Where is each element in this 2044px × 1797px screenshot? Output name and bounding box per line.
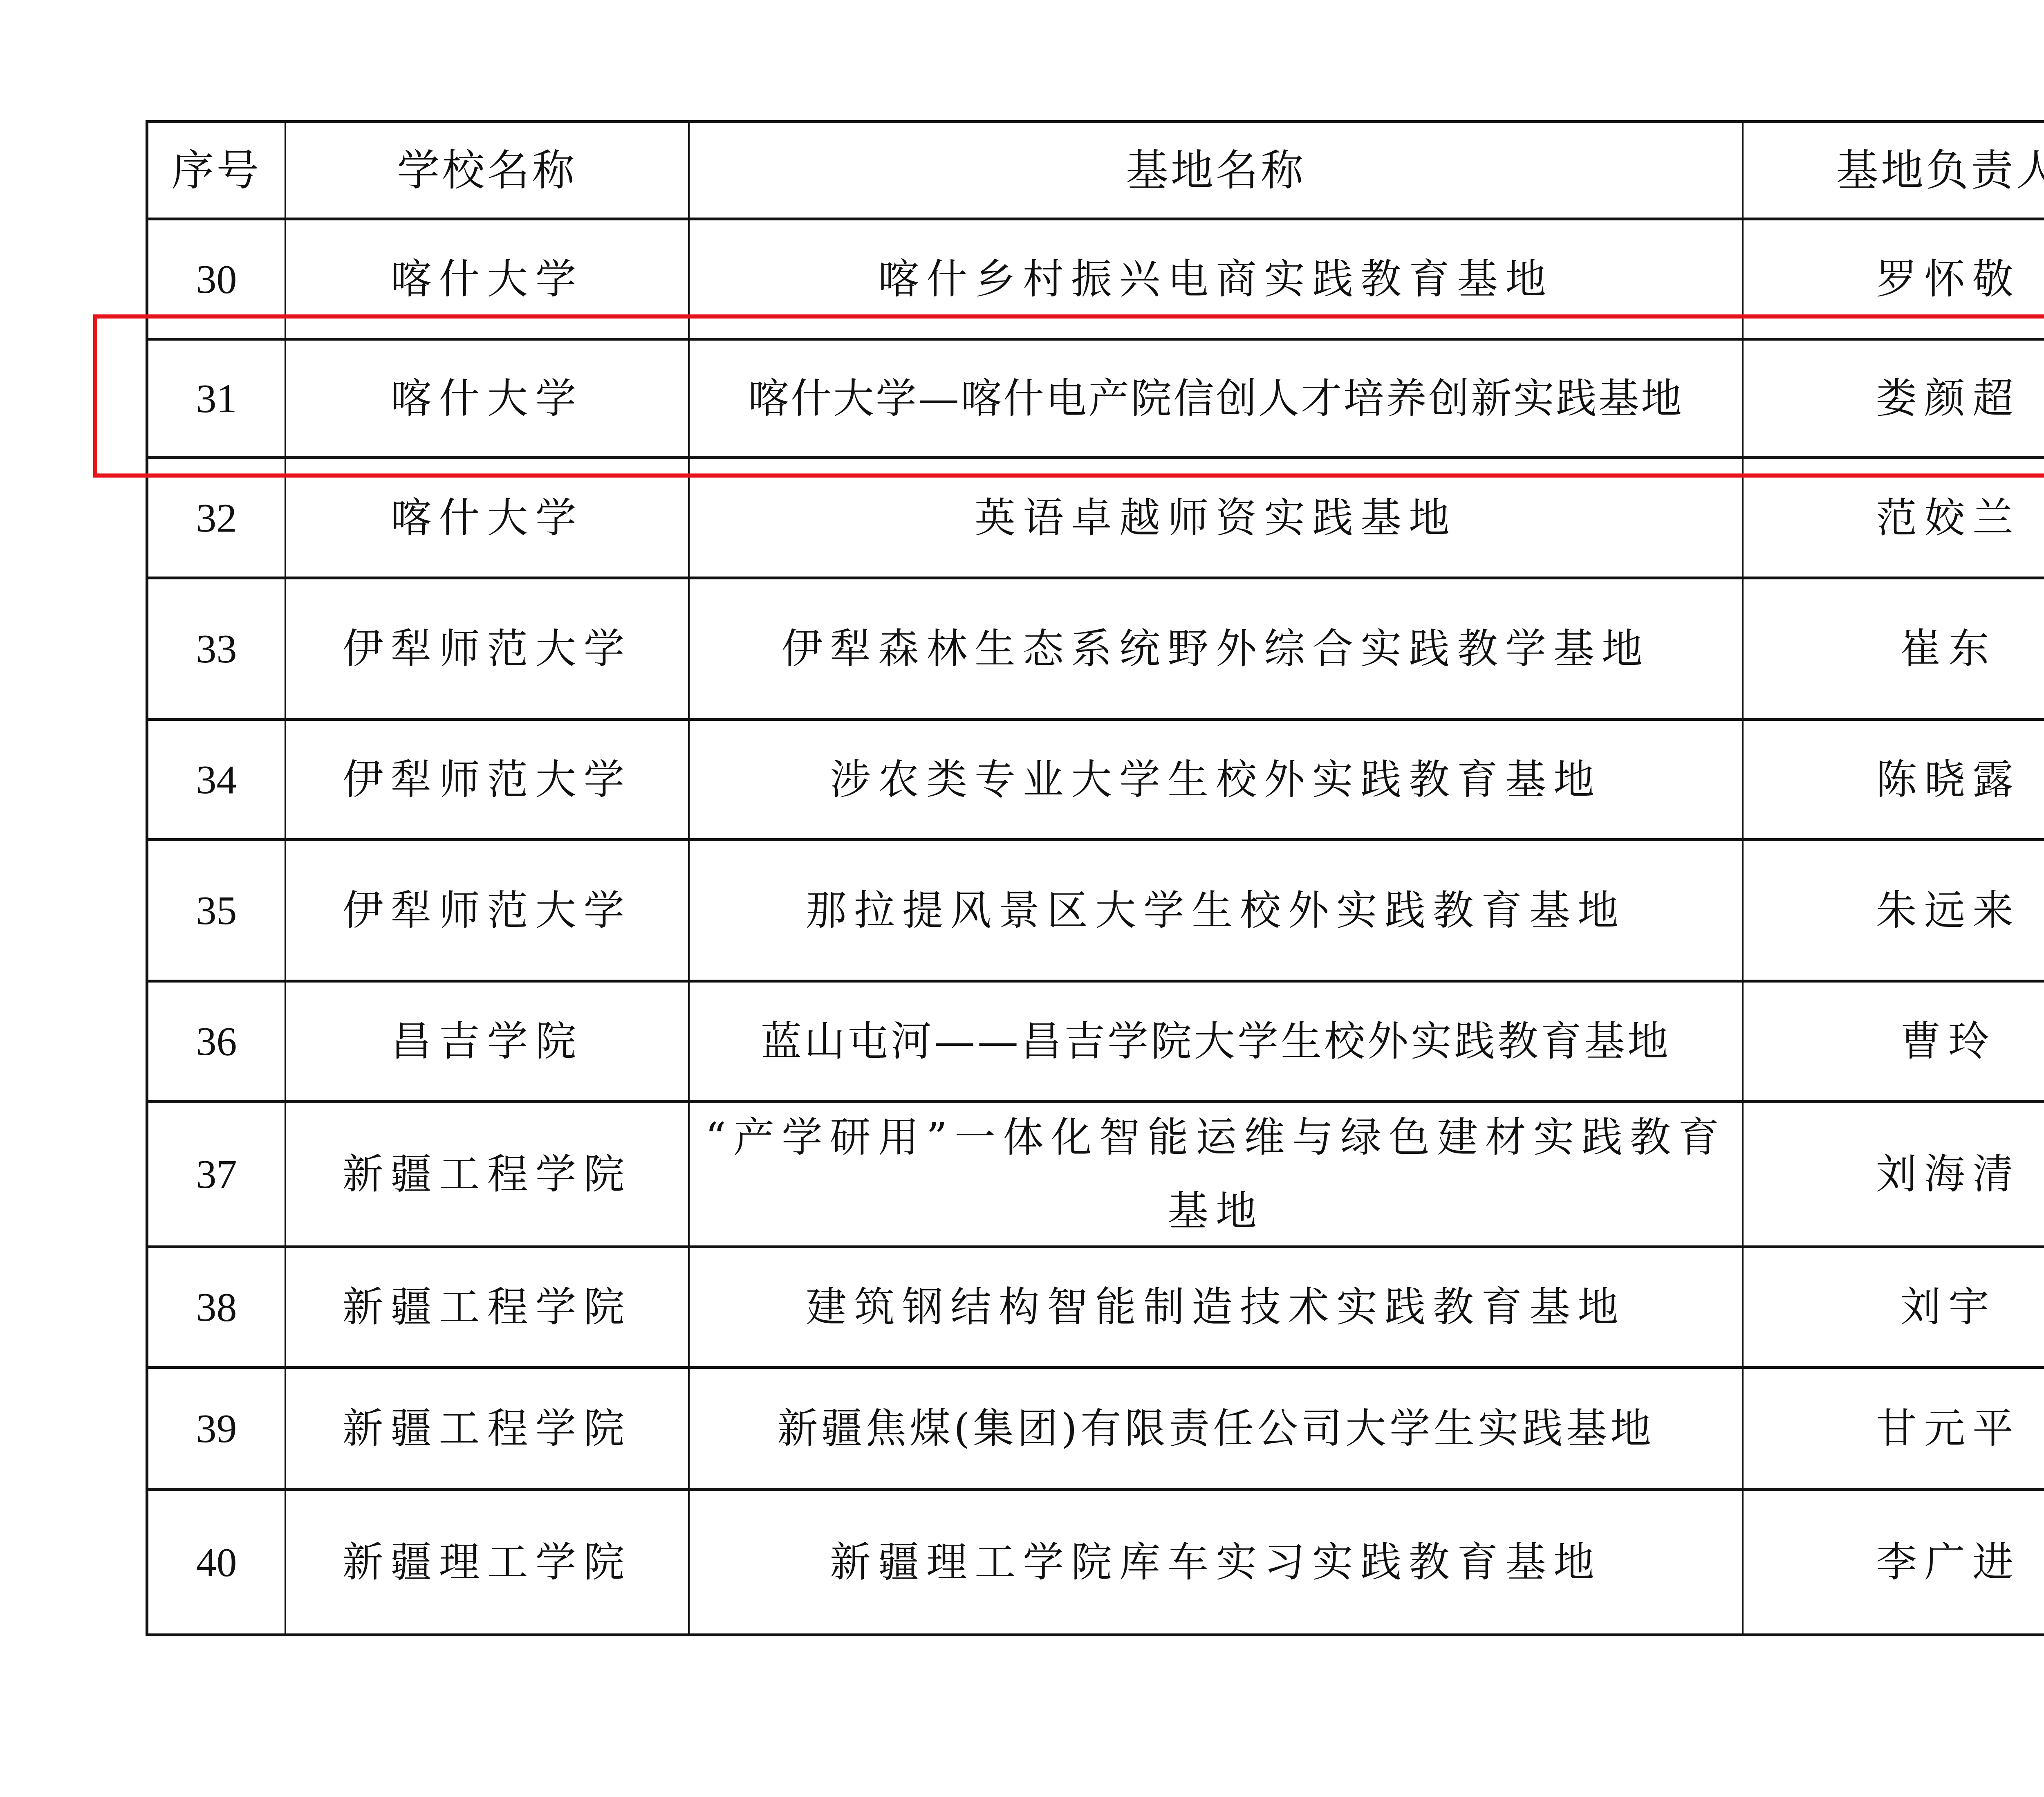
table-row: 37 新疆工程学院 “产学研用”一体化智能运维与绿色建材实践教育基地 刘海清 乌… [148, 1103, 2044, 1248]
table-row: 35 伊犁师范大学 那拉提风景区大学生校外实践教育基地 朱远来 伊犁哈萨克自治州… [148, 841, 2044, 983]
base-name: 伊犁森林生态系统野外综合实践教学基地 [690, 579, 1744, 718]
row-index: 39 [148, 1369, 286, 1488]
base-leader: 朱远来 [1744, 841, 2044, 980]
base-name: 喀什大学—喀什电产院信创人才培养创新实践基地 [690, 341, 1744, 456]
base-leader: 范姣兰 [1744, 459, 2044, 577]
table-row: 30 喀什大学 喀什乡村振兴电商实践教育基地 罗怀敬 新疆好心情供应链有限公司 [148, 220, 2044, 341]
table-row: 40 新疆理工学院 新疆理工学院库车实习实践教育基地 李广进 阿克苏工业职业技术… [148, 1491, 2044, 1633]
row-index: 37 [148, 1103, 286, 1245]
school-name: 伊犁师范大学 [286, 721, 690, 838]
school-name: 喀什大学 [286, 220, 690, 338]
base-name: “产学研用”一体化智能运维与绿色建材实践教育基地 [690, 1103, 1744, 1245]
table-row: 39 新疆工程学院 新疆焦煤(集团)有限责任公司大学生实践基地 甘元平 新疆焦煤… [148, 1369, 2044, 1491]
school-name: 喀什大学 [286, 459, 690, 577]
base-leader: 李广进 [1744, 1491, 2044, 1633]
practice-base-table: 序号 学校名称 基地名称 基地负责人 合作单位 30 喀什大学 喀什乡村振兴电商… [146, 120, 2044, 1636]
school-name: 伊犁师范大学 [286, 579, 690, 718]
base-name: 英语卓越师资实践基地 [690, 459, 1744, 577]
base-leader: 崔东 [1744, 579, 2044, 718]
row-index: 40 [148, 1491, 286, 1633]
base-name: 蓝山屯河——昌吉学院大学生校外实践教育基地 [690, 983, 1744, 1100]
base-name: 新疆理工学院库车实习实践教育基地 [690, 1491, 1744, 1633]
table-row: 32 喀什大学 英语卓越师资实践基地 范姣兰 喀什市第二十八中学 [148, 459, 2044, 579]
base-name: 喀什乡村振兴电商实践教育基地 [690, 220, 1744, 338]
school-name: 新疆工程学院 [286, 1103, 690, 1245]
row-index: 36 [148, 983, 286, 1100]
header-base-name: 基地名称 [690, 123, 1744, 218]
row-index: 34 [148, 721, 286, 838]
base-leader: 娄颜超 [1744, 341, 2044, 456]
school-name: 喀什大学 [286, 341, 690, 456]
base-name: 新疆焦煤(集团)有限责任公司大学生实践基地 [690, 1369, 1744, 1488]
header-index: 序号 [148, 123, 286, 218]
table-row: 34 伊犁师范大学 涉农类专业大学生校外实践教育基地 陈晓露 伊犁哈萨克自治州农… [148, 721, 2044, 841]
row-index: 35 [148, 841, 286, 980]
base-leader: 曹玲 [1744, 983, 2044, 1100]
school-name: 昌吉学院 [286, 983, 690, 1100]
row-index: 38 [148, 1248, 286, 1366]
base-leader: 甘元平 [1744, 1369, 2044, 1488]
row-index: 32 [148, 459, 286, 577]
school-name: 新疆工程学院 [286, 1248, 690, 1366]
row-index: 30 [148, 220, 286, 338]
base-leader: 刘宇 [1744, 1248, 2044, 1366]
table-row-highlighted: 31 喀什大学 喀什大学—喀什电产院信创人才培养创新实践基地 娄颜超 喀什地区电… [148, 341, 2044, 459]
school-name: 新疆工程学院 [286, 1369, 690, 1488]
school-name: 伊犁师范大学 [286, 841, 690, 980]
base-name: 建筑钢结构智能制造技术实践教育基地 [690, 1248, 1744, 1366]
header-school-name: 学校名称 [286, 123, 690, 218]
base-leader: 刘海清 [1744, 1103, 2044, 1245]
table-row: 33 伊犁师范大学 伊犁森林生态系统野外综合实践教学基地 崔东 新疆伊犁哈萨克自… [148, 579, 2044, 721]
row-index: 33 [148, 579, 286, 718]
table-row: 38 新疆工程学院 建筑钢结构智能制造技术实践教育基地 刘宇 新疆天福泰钢结构有… [148, 1248, 2044, 1369]
school-name: 新疆理工学院 [286, 1491, 690, 1633]
table-row: 36 昌吉学院 蓝山屯河——昌吉学院大学生校外实践教育基地 曹玲 新疆蓝山屯河科… [148, 983, 2044, 1103]
base-leader: 陈晓露 [1744, 721, 2044, 838]
table-header-row: 序号 学校名称 基地名称 基地负责人 合作单位 [148, 123, 2044, 220]
base-name: 涉农类专业大学生校外实践教育基地 [690, 721, 1744, 838]
base-leader: 罗怀敬 [1744, 220, 2044, 338]
base-name: 那拉提风景区大学生校外实践教育基地 [690, 841, 1744, 980]
header-base-leader: 基地负责人 [1744, 123, 2044, 218]
row-index: 31 [148, 341, 286, 456]
